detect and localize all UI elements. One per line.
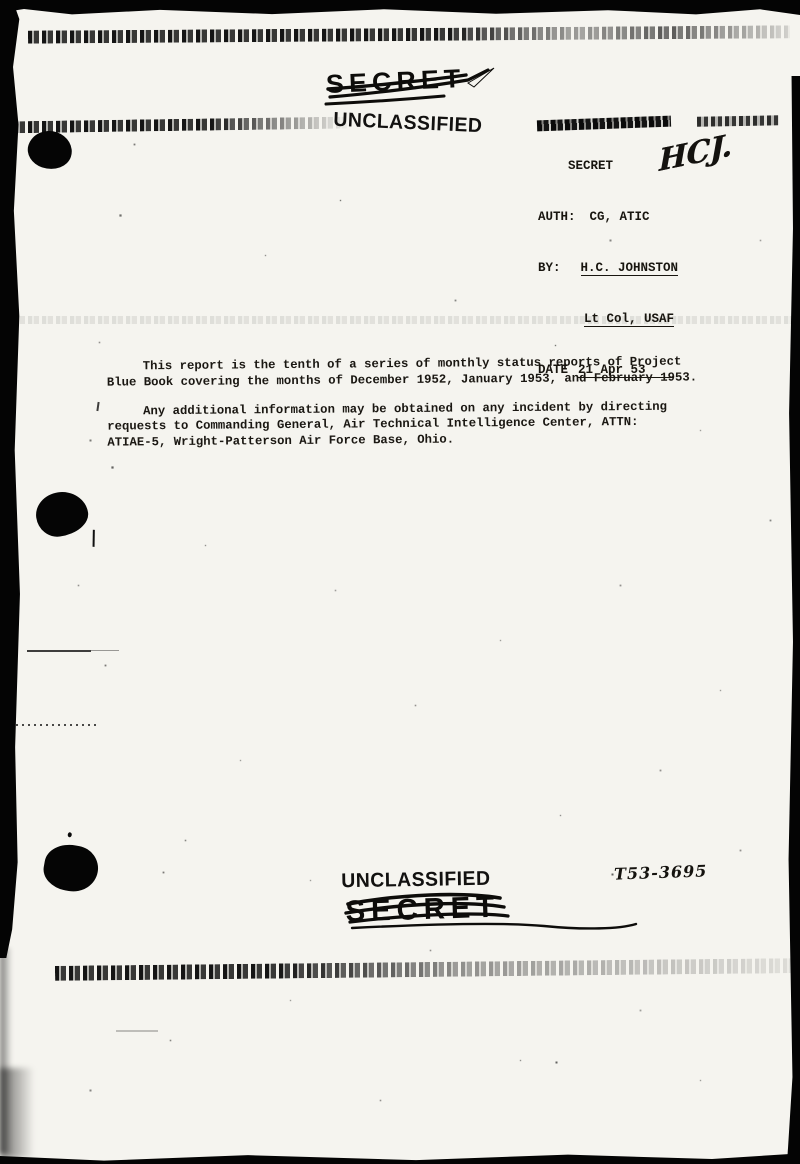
auth-value: CG, ATIC [590,210,650,224]
stray-mark [116,1030,158,1032]
scan-edge-right [787,76,800,1164]
stray-mark [16,724,100,726]
paragraph-2: Any additional information may be obtain… [107,399,698,452]
scan-edge-left [0,0,21,958]
release-stamp-rank-row: Lt Col, USAF [584,311,678,328]
ink-blot [40,841,101,896]
ink-blot [33,489,91,540]
scan-artifact-band [55,958,795,981]
stray-mark [96,402,99,411]
stray-mark [27,650,91,652]
stray-mark [91,650,119,651]
release-stamp-classification: SECRET [568,159,613,173]
document-number: T53-3695 [614,861,708,883]
strikethrough-mark-top [318,56,502,114]
paragraph-1: This report is the tenth of a series of … [107,354,698,391]
by-name: H.C. JOHNSTON [581,261,679,276]
scanned-document-page: SECRET UNCLASSIFIED SECRET AUTH:CG, ATIC… [0,0,800,1164]
scan-edge-top [0,0,800,15]
scan-edge-bottom [0,1151,800,1164]
strikethrough-mark-bottom [332,884,644,942]
scan-edge-corner [0,1068,34,1158]
release-stamp-by-row: BY:H.C. JOHNSTON [538,260,678,277]
by-label: BY: [538,260,561,277]
body-text: This report is the tenth of a series of … [107,354,698,451]
by-rank: Lt Col, USAF [584,312,674,327]
auth-label: AUTH: [538,209,576,226]
release-stamp-auth-row: AUTH:CG, ATIC [538,209,678,226]
scan-artifact-band [28,25,790,43]
pen-scribble-mark [697,115,779,126]
